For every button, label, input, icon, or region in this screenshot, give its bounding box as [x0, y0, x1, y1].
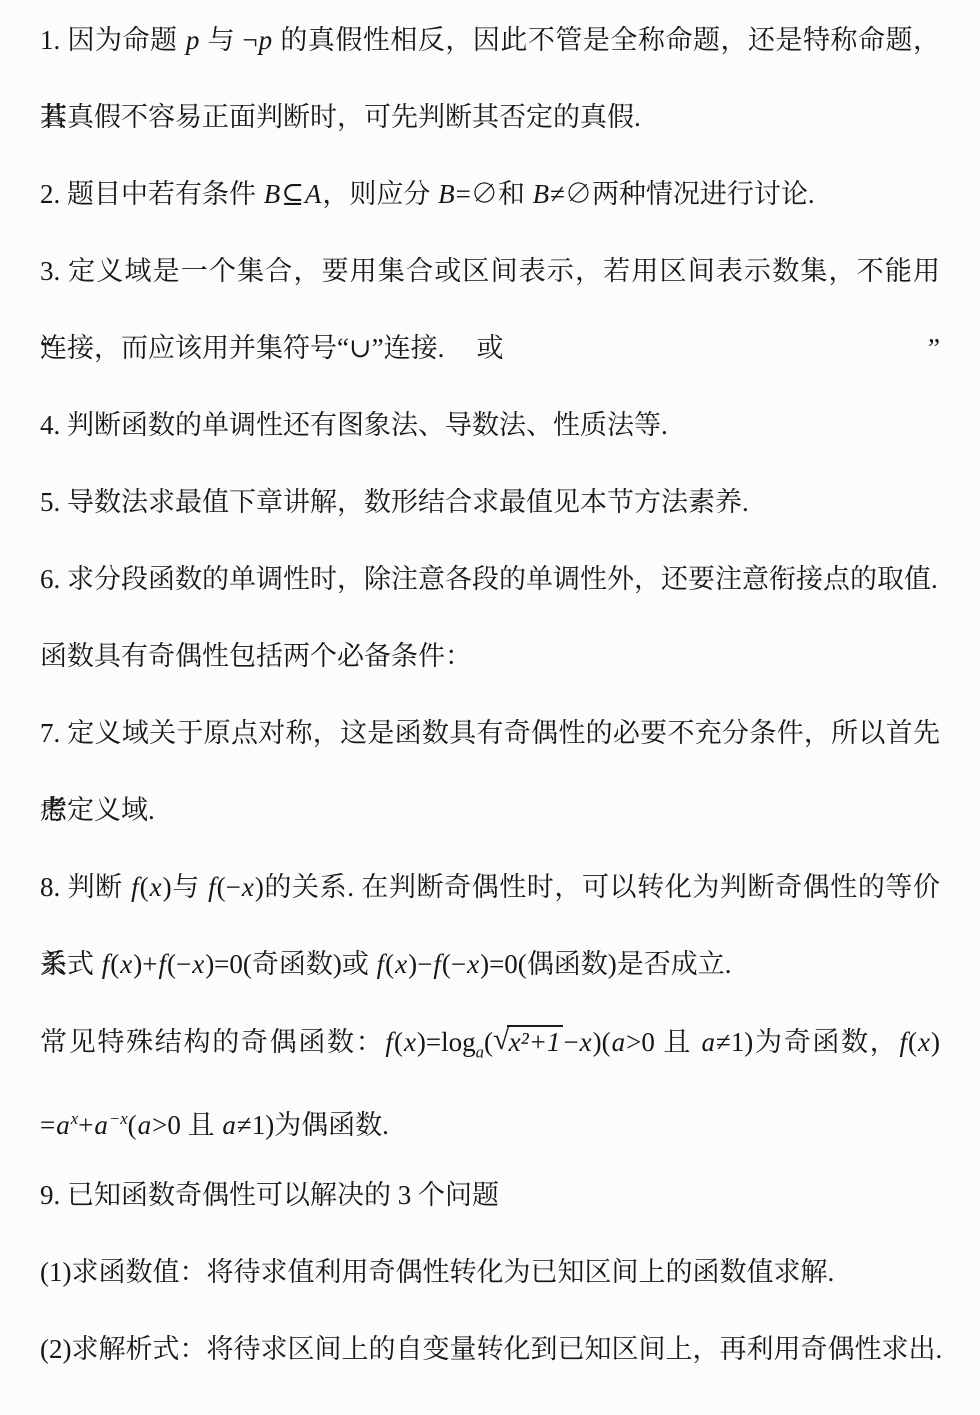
text-segment: 且 — [188, 1110, 222, 1140]
text-segment: ∅ — [565, 179, 592, 209]
text-segment: 其真假不容易正面判断时，可先判断其否定的真假. — [40, 102, 641, 132]
text-segment: f — [384, 1027, 394, 1057]
text-segment: B — [532, 179, 551, 209]
text-segment: A — [304, 179, 323, 209]
text-segment: (− — [217, 872, 241, 902]
item7-line1: 7. 定义域关于原点对称，这是函数具有奇偶性的必要不充分条件，所以首先考 — [40, 695, 940, 772]
text-segment: ≠1) — [716, 1027, 753, 1057]
text-segment: ∪ — [349, 333, 372, 363]
text-segment: ) — [931, 1027, 940, 1057]
text-segment: 奇函数)或 — [252, 949, 376, 979]
text-segment: x — [394, 949, 408, 979]
text-segment: )− — [408, 949, 432, 979]
text-segment: a — [700, 1027, 716, 1057]
item9-sub1: (1)求函数值：将待求值利用奇偶性转化为已知区间上的函数值求解. — [40, 1234, 940, 1311]
text-segment: ，则应分 — [322, 179, 437, 209]
text-segment: a — [476, 1042, 484, 1061]
text-segment: = — [40, 1110, 55, 1140]
text-segment: 为奇函数， — [753, 1027, 898, 1057]
text-segment: x — [119, 949, 133, 979]
text-segment: 1. 因为命题 — [40, 25, 185, 55]
text-segment: 为偶函数. — [274, 1110, 389, 1140]
text-segment: a — [55, 1110, 71, 1140]
text-segment: ⊆ — [281, 179, 304, 209]
text-segment: f — [432, 949, 442, 979]
text-segment: x — [241, 872, 255, 902]
text-segment: ∅ — [471, 179, 498, 209]
text-segment: ( — [484, 1027, 493, 1057]
text-segment: 9. 已知函数奇偶性可以解决的 3 个问题 — [40, 1180, 499, 1210]
text-segment: ≠ — [550, 179, 565, 209]
text-segment: 与 — [200, 25, 242, 55]
item1-line1: 1. 因为命题 p 与 ¬p 的真假性相反，因此不管是全称命题，还是特称命题，若 — [40, 2, 940, 79]
text-segment: ( — [394, 1027, 403, 1057]
text-segment: f — [130, 872, 140, 902]
text-segment: 4. 判断函数的单调性还有图象法、导数法、性质法等. — [40, 410, 668, 440]
text-segment: f — [157, 949, 167, 979]
text-segment: a — [221, 1110, 237, 1140]
item7-line2: 虑定义域. — [40, 772, 940, 849]
text-segment: 常见特殊结构的奇偶函数： — [40, 1027, 384, 1057]
text-segment: ≠1) — [237, 1110, 274, 1140]
item8-note-line1: 常见特殊结构的奇偶函数：f(x)=loga(√x²+1−x)(a>0 且 a≠1… — [40, 1003, 940, 1080]
sqrt-radical-icon: √ — [493, 1022, 510, 1056]
parity-intro: 函数具有奇偶性包括两个必备条件： — [40, 618, 940, 695]
text-segment: f — [207, 872, 217, 902]
text-segment: 与 — [172, 872, 208, 902]
item6: 6. 求分段函数的单调性时，除注意各段的单调性外，还要注意衔接点的取值. — [40, 541, 940, 618]
text-segment: 偶函数)是否成立. — [527, 949, 732, 979]
text-segment: f — [376, 949, 386, 979]
text-segment: (− — [167, 949, 191, 979]
item9: 9. 已知函数奇偶性可以解决的 3 个问题 — [40, 1157, 940, 1234]
document-page: 1. 因为命题 p 与 ¬p 的真假性相反，因此不管是全称命题，还是特称命题，若… — [0, 0, 980, 1415]
text-segment: ( — [908, 1027, 917, 1057]
text-segment: (1)求函数值：将待求值利用奇偶性转化为已知区间上的函数值求解. — [40, 1257, 834, 1287]
text-segment: a — [93, 1110, 109, 1140]
text-segment: x — [403, 1027, 417, 1057]
text-segment: )+ — [133, 949, 157, 979]
item2: 2. 题目中若有条件 B⊆A，则应分 B=∅和 B≠∅两种情况进行讨论. — [40, 156, 940, 233]
text-segment: ( — [128, 1110, 137, 1140]
text-segment: = — [456, 179, 471, 209]
item8-note-line2: =ax+a−x(a>0 且 a≠1)为偶函数. — [40, 1080, 940, 1157]
text-segment: f — [101, 949, 111, 979]
text-segment: B — [437, 179, 456, 209]
text-segment: a — [137, 1110, 153, 1140]
text-segment: x²+1 — [507, 1025, 564, 1057]
text-segment: ) — [163, 872, 172, 902]
text-segment: ( — [140, 872, 149, 902]
text-segment: ( — [110, 949, 119, 979]
text-segment: )= — [417, 1027, 441, 1057]
text-segment: x — [191, 949, 205, 979]
item8-line1: 8. 判断 f(x)与 f(−x)的关系. 在判断奇偶性时，可以转化为判断奇偶性… — [40, 849, 940, 926]
text-segment: 5. 导数法求最值下章讲解，数形结合求最值见本节方法素养. — [40, 487, 749, 517]
text-segment: 函数具有奇偶性包括两个必备条件： — [40, 641, 472, 671]
text-segment: + — [78, 1110, 93, 1140]
item3-line1: 3. 定义域是一个集合，要用集合或区间表示，若用区间表示数集，不能用“或” — [40, 233, 940, 310]
text-segment: x — [466, 949, 480, 979]
text-segment: )( — [593, 1027, 611, 1057]
text-segment: 6. 求分段函数的单调性时，除注意各段的单调性外，还要注意衔接点的取值. — [40, 564, 938, 594]
document-body: 1. 因为命题 p 与 ¬p 的真假性相反，因此不管是全称命题，还是特称命题，若… — [0, 0, 980, 1388]
text-segment: ) — [255, 872, 264, 902]
text-segment: (2)求解析式：将待求区间上的自变量转化到已知区间上，再利用奇偶性求出. — [40, 1334, 942, 1364]
text-segment: f — [899, 1027, 909, 1057]
text-segment: −x — [109, 1109, 128, 1128]
text-segment: >0 — [626, 1027, 663, 1057]
text-segment: log — [441, 1027, 476, 1057]
text-segment: )=0( — [205, 949, 252, 979]
text-segment: 两种情况进行讨论. — [592, 179, 815, 209]
item8-line2: 系式 f(x)+f(−x)=0(奇函数)或 f(x)−f(−x)=0(偶函数)是… — [40, 926, 940, 1003]
text-segment: 且 — [663, 1027, 700, 1057]
text-segment: 8. 判断 — [40, 872, 130, 902]
item4: 4. 判断函数的单调性还有图象法、导数法、性质法等. — [40, 387, 940, 464]
text-segment: x — [917, 1027, 931, 1057]
text-segment: a — [611, 1027, 627, 1057]
text-segment: x — [579, 1027, 593, 1057]
text-segment: 虑定义域. — [40, 795, 155, 825]
text-segment: p — [258, 25, 274, 55]
text-segment: 系式 — [40, 949, 101, 979]
text-segment: ”连接. — [372, 333, 445, 363]
text-segment: >0 — [152, 1110, 187, 1140]
text-segment: − — [563, 1027, 578, 1057]
text-segment: ( — [385, 949, 394, 979]
item5: 5. 导数法求最值下章讲解，数形结合求最值见本节方法素养. — [40, 464, 940, 541]
text-segment: 和 — [498, 179, 532, 209]
text-segment: 连接，而应该用并集符号“ — [40, 333, 349, 363]
text-segment: x — [149, 872, 163, 902]
text-segment: 2. 题目中若有条件 — [40, 179, 263, 209]
text-segment: (− — [442, 949, 466, 979]
text-segment: ¬ — [242, 25, 257, 55]
text-segment: B — [263, 179, 282, 209]
item9-sub2: (2)求解析式：将待求区间上的自变量转化到已知区间上，再利用奇偶性求出. — [40, 1311, 940, 1388]
text-segment: p — [185, 25, 201, 55]
item1-line2: 其真假不容易正面判断时，可先判断其否定的真假. — [40, 79, 940, 156]
text-segment: )=0( — [480, 949, 527, 979]
